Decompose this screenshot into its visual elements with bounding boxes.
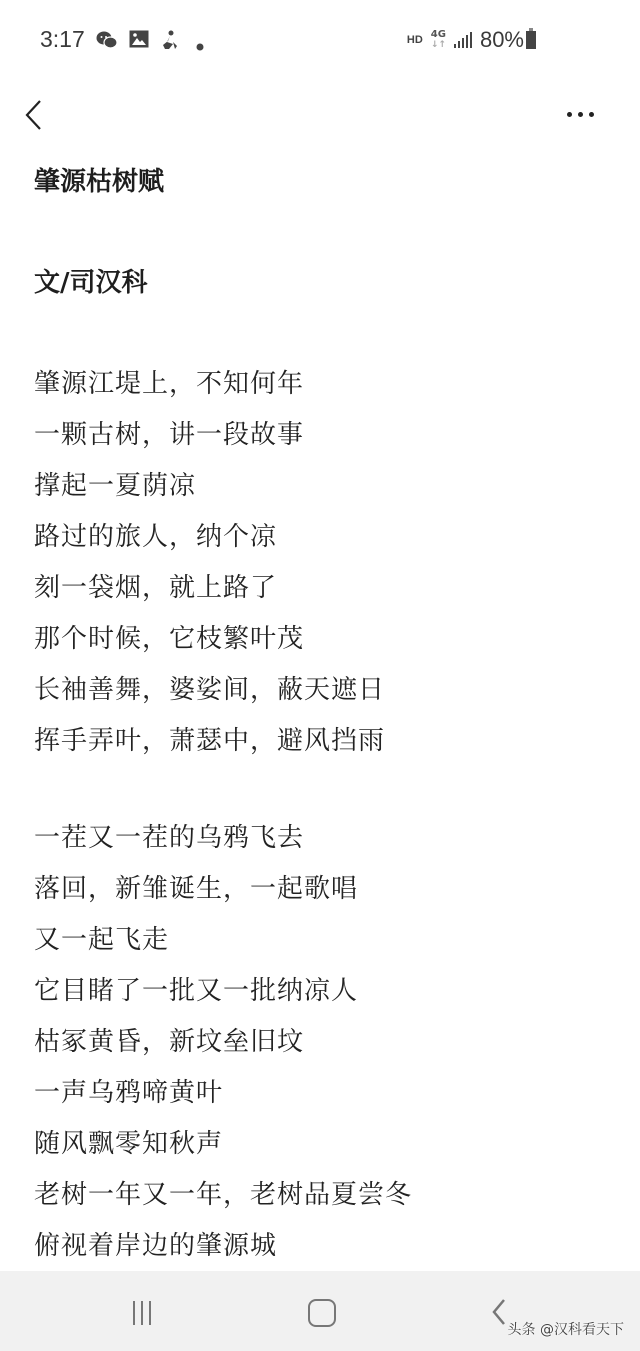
poem-line: 随风飘零知秋声 [34, 1119, 412, 1170]
hd-label: HD [407, 34, 423, 46]
battery-percent: 80% [480, 27, 524, 53]
system-navigation-bar: 头条 @汉科看天下 [0, 1271, 640, 1351]
network-label: 4G [431, 30, 446, 40]
poem-line: 一声乌鸦啼黄叶 [34, 1068, 412, 1119]
poem-line: 路过的旅人，纳个凉 [34, 512, 385, 563]
gallery-icon [129, 30, 149, 53]
more-options-button[interactable] [560, 102, 600, 126]
chevron-left-icon [20, 98, 50, 132]
recent-apps-icon [149, 1301, 151, 1325]
network-icon: 4G ↓↑ [431, 30, 446, 50]
poem-line: 又一起飞走 [34, 915, 412, 966]
poem-line: 老树一年又一年，老树品夏尝冬 [34, 1170, 412, 1221]
status-time: 3:17 [40, 26, 85, 53]
recent-apps-icon [141, 1301, 143, 1325]
poem-line: 挥手弄叶，萧瑟中，避风挡雨 [34, 716, 385, 767]
wechat-icon [96, 30, 118, 55]
poem-line: 它目睹了一批又一批纳凉人 [34, 966, 412, 1017]
poem-line: 撑起一夏荫凉 [34, 461, 385, 512]
watermark: 头条 @汉科看天下 [508, 1319, 624, 1339]
article-author: 文/司汉科 [34, 261, 148, 305]
article-title: 肇源枯树赋 [34, 160, 614, 204]
poem-line: 落回，新雏诞生，一起歌唱 [34, 864, 412, 915]
battery-icon [526, 31, 536, 49]
poem-line: 枯冢黄昏，新坟垒旧坟 [34, 1017, 412, 1068]
signal-icon [454, 32, 472, 48]
more-dot [567, 112, 572, 117]
poem-line: 刻一袋烟，就上路了 [34, 563, 385, 614]
poem-line: 长袖善舞，婆娑间，蔽天遮日 [34, 665, 385, 716]
stanza: 肇源江堤上，不知何年 一颗古树，讲一段故事 撑起一夏荫凉 路过的旅人，纳个凉 刻… [34, 359, 385, 767]
poem-line: 俯视着岸边的肇源城 [34, 1221, 412, 1272]
recent-apps-button[interactable] [130, 1301, 154, 1325]
more-dot [589, 112, 594, 117]
data-arrows-icon: ↓↑ [431, 40, 446, 50]
status-bar: 3:17 HD 4G ↓↑ 80% [0, 0, 640, 80]
home-button[interactable] [308, 1299, 336, 1327]
more-dot [578, 112, 583, 117]
poem-line: 一颗古树，讲一段故事 [34, 410, 385, 461]
recent-apps-icon [133, 1301, 135, 1325]
app-icon [161, 30, 179, 55]
app-header [0, 80, 640, 150]
dot-icon [196, 36, 204, 56]
stanza: 一茬又一茬的乌鸦飞去 落回，新雏诞生，一起歌唱 又一起飞走 它目睹了一批又一批纳… [34, 813, 412, 1272]
poem-line: 那个时候，它枝繁叶茂 [34, 614, 385, 665]
status-right: HD 4G ↓↑ 80% [407, 26, 536, 54]
poem-line: 肇源江堤上，不知何年 [34, 359, 385, 410]
back-button[interactable] [20, 98, 50, 132]
article: 肇源枯树赋 文/司汉科 肇源江堤上，不知何年 一颗古树，讲一段故事 撑起一夏荫凉… [34, 160, 614, 204]
poem-line: 一茬又一茬的乌鸦飞去 [34, 813, 412, 864]
